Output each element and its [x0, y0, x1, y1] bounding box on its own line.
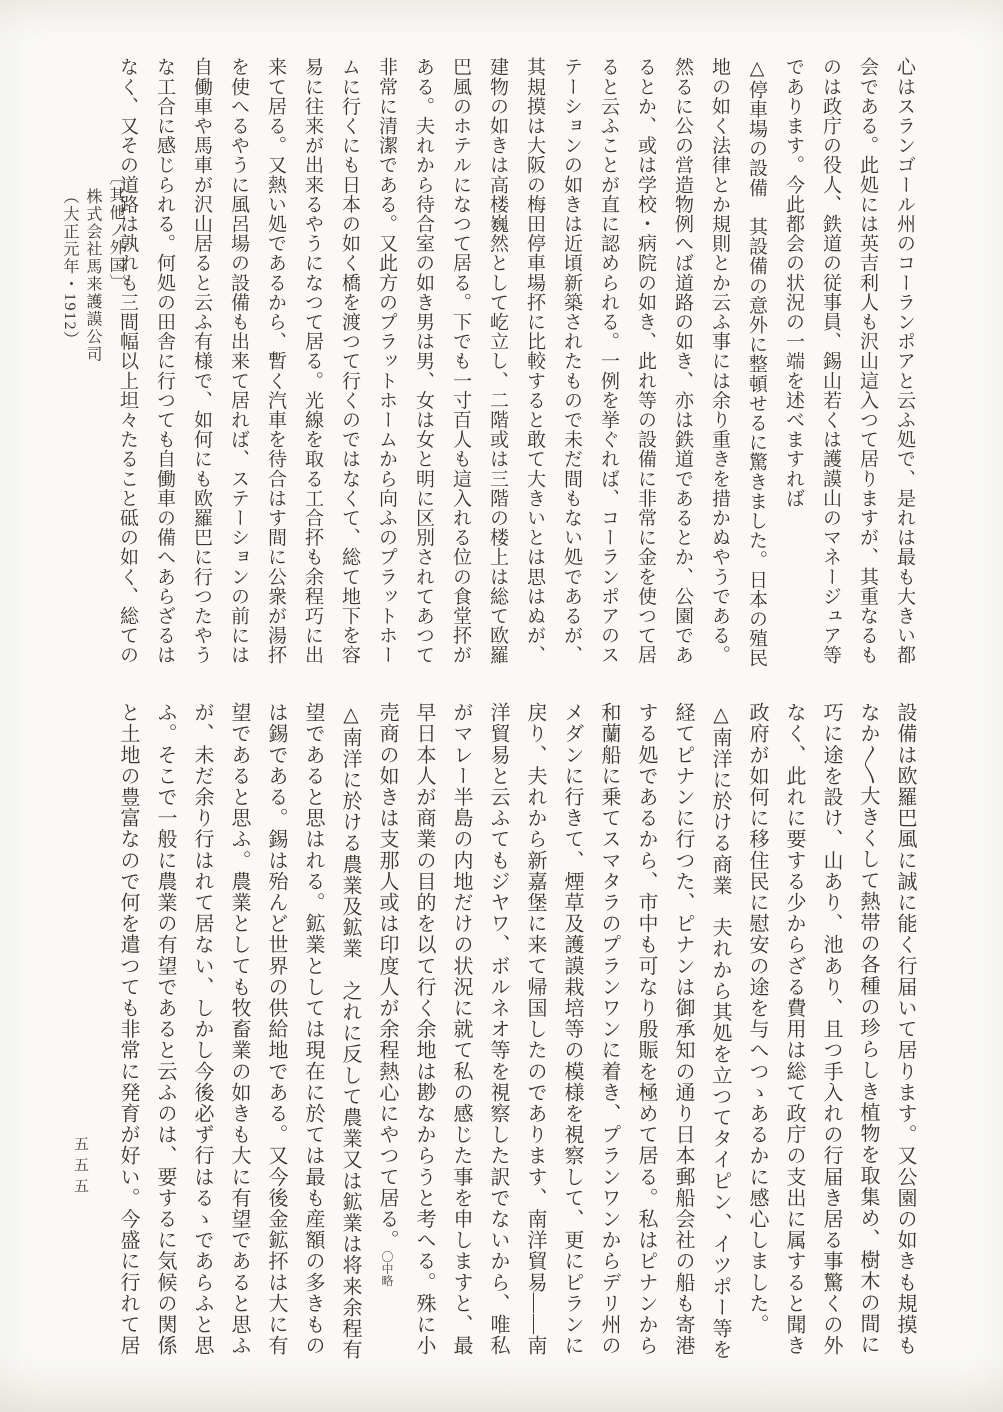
text-column: 地の如く法律とか規則とか云ふ事には余り重きを措かぬやうである。	[701, 57, 738, 691]
text-column: 然るに公の営造物例へば道路の如き、亦は鉄道であるとか、公園であ	[664, 57, 701, 691]
text-column: 来て居る。又熱い処であるから、暫く汽車を待合はす間に公衆が湯抔	[257, 57, 294, 691]
text-column: 経てピナンに行つた、ピナンは御承知の通り日本郵船会社の船も寄港	[664, 702, 701, 1378]
text-column: 政府が如何に移住民に慰安の途を与へつゝあるかに感心しました。	[738, 702, 775, 1378]
text-column: テーションの如きは近頃新築されたもので未だ間もない処であるが、	[553, 57, 590, 691]
text-column: な工合に感じられる。何処の田舎に行つても自働車の備へあらざるは	[146, 57, 183, 691]
text-column: であります。今此都会の状況の一端を述べますれば	[775, 57, 812, 691]
text-column: るとか、或は学校・病院の如き、此れ等の設備に非常に金を使つて居	[627, 57, 664, 691]
text-column: なか〱大きくして熱帯の各種の珍らしき植物を取集め、樹木の間に	[849, 702, 886, 1378]
text-column: を使へるやうに風呂場の設備も出来て居れば、ステーションの前には	[220, 57, 257, 691]
text-column: ある。夫れから待合室の如き男は男、女は女と明に区別されてあつて	[405, 57, 442, 691]
company-name: 株式会社馬来護謨公司	[84, 188, 101, 363]
text-column: メダンに行きて、煙草及護謨栽培等の模様を視察して、更にピランに	[553, 702, 590, 1378]
document-page: { "header": { "section_label": "〔其他ノ外国〕"…	[0, 0, 1003, 1412]
text-column: 非常に清潔である。又此方のプラットホームから向ふのプラットホー	[368, 57, 405, 691]
text-column: 其規摸は大阪の梅田停車場抔に比較すると敢て大きいとは思はぬが、	[516, 57, 553, 691]
article-date: （大正元年・1912）	[61, 188, 78, 349]
text-column: 自働車や馬車が沢山居ると云ふ有様で、如何にも欧羅巴に行つたやう	[183, 57, 220, 691]
text-column: する処であるから、市中も可なり殷賑を極めて居る。私はピナンから	[627, 702, 664, 1378]
text-column: 心はスランゴール州のコーランポアと云ふ処で、是れは最も大きい都	[886, 57, 923, 691]
text-column: △停車場の設備 其設備の意外に整頓せるに驚きました。日本の殖民	[738, 57, 775, 691]
text-column: 望であると思ふ。農業としても牧畜業の如きも大に有望であると思ふ	[220, 702, 257, 1378]
text-column: 会である。此処には英吉利人も沢山這入つて居りますが、其重なるも	[849, 57, 886, 691]
text-column: が、未だ余り行はれて居ない、しかし今後必ず行はるゝであらふと思	[183, 702, 220, 1378]
text-column: △南洋に於ける商業 夫れから其処を立つてタイピン、イツポー等を	[701, 702, 738, 1378]
text-column: 巴風のホテルになつて居る。下でも一寸百人も這入れる位の食堂抔が	[442, 57, 479, 691]
text-column: 洋貿易と云ふてもジヤワ、ボルネオ等を視察した訳でないから、唯私	[479, 702, 516, 1378]
text-column: 望であると思はれる。鉱業としては現在に於ては最も産額の多きもの	[294, 702, 331, 1378]
lower-text-block: 設備は欧羅巴風に誠に能く行届いて居ります。又公園の如きも規摸もなか〱大きくして熱…	[109, 702, 923, 1378]
article-header: 〔其他ノ外国〕 株式会社馬来護謨公司 （大正元年・1912）	[58, 158, 145, 678]
text-column: 早日本人が商業の目的を以て行く余地は尠なからうと考へる。殊に小	[405, 702, 442, 1378]
text-column: なく、此れに要する少からざる費用は総て政庁の支出に属すると聞き	[775, 702, 812, 1378]
text-column: がマレー半島の内地だけの状況に就て私の感じた事を申しますと、最	[442, 702, 479, 1378]
text-column: 売商の如きは支那人或は印度人が余程熱心にやつて居る。〇中略	[368, 702, 405, 1378]
upper-text-block: 心はスランゴール州のコーランポアと云ふ処で、是れは最も大きい都会である。此処には…	[109, 57, 923, 691]
text-column: と土地の豊富なので何を遣つても非常に発育が好い。今盛に行れて居	[109, 702, 146, 1378]
section-label: 〔其他ノ外国〕	[107, 169, 124, 292]
text-column: 易に往来が出来るやうになつて居る。光線を取る工合抔も余程巧に出	[294, 57, 331, 691]
text-column: は錫である。錫は殆んど世界の供給地である。又今後金鉱抔は大に有	[257, 702, 294, 1378]
text-column: 巧に途を設け、山あり、池あり、且つ手入れの行届き居る事驚くの外	[812, 702, 849, 1378]
text-column: 和蘭船に乗てスマタラのプランワンに着き、プランワンからデリ州の	[590, 702, 627, 1378]
text-column: ムに行くにも日本の如く橋を渡つて行くのではなくて、総て地下を容	[331, 57, 368, 691]
text-column: ると云ふことが直に認められる。一例を挙ぐれば、コーランポアのス	[590, 57, 627, 691]
text-column: 戻り、夫れから新嘉堡に来て帰国したのであります、南洋貿易――南	[516, 702, 553, 1378]
page-number: 五五五	[70, 1136, 91, 1199]
omission-note: 〇中略	[380, 1251, 394, 1287]
text-column: △南洋に於ける農業及鉱業 之れに反して農業又は鉱業は将来余程有	[331, 702, 368, 1378]
text-column: 建物の如きは高楼巍然として屹立し、二階或は三階の楼上は総て欧羅	[479, 57, 516, 691]
text-column: ふ。そこで一般に農業の有望であると云ふのは、要するに気候の関係	[146, 702, 183, 1378]
text-column: のは政庁の役人、鉄道の従事員、錫山若くは護謨山のマネージュア等	[812, 57, 849, 691]
text-column: 設備は欧羅巴風に誠に能く行届いて居ります。又公園の如きも規摸も	[886, 702, 923, 1378]
